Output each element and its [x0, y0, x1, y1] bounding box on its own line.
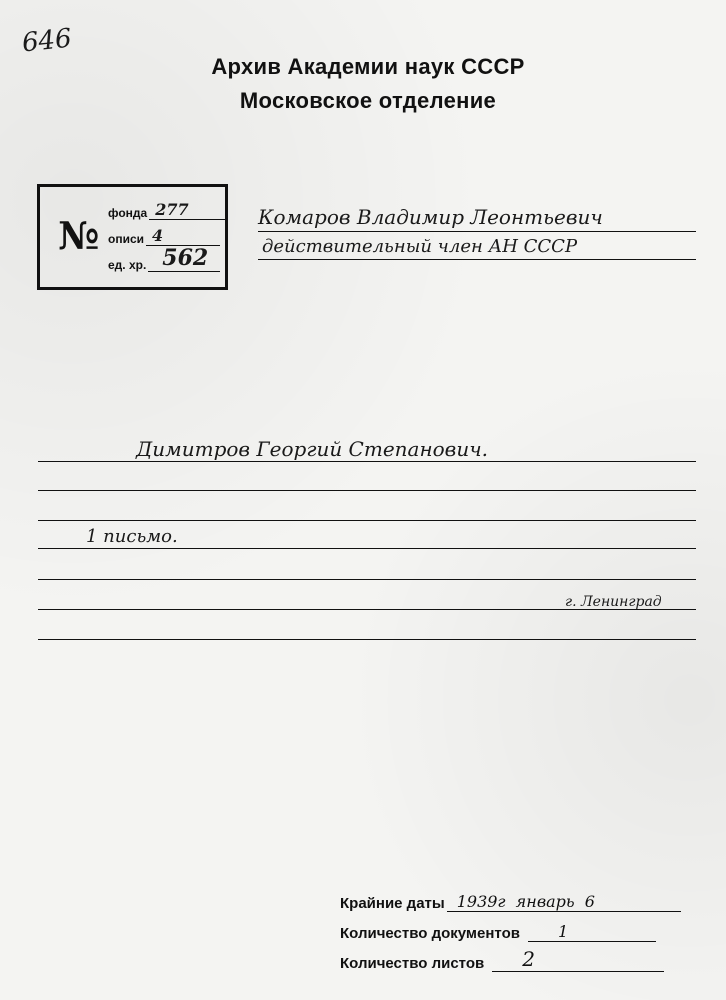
fonda-row: фонда 277 [108, 201, 227, 220]
fonda-value: 277 [155, 200, 188, 219]
document-place: г. Ленинград [565, 594, 662, 610]
fund-owner-title: действительный член АН СССР [262, 236, 577, 257]
dates-value: 1939г январь 6 [457, 892, 595, 911]
document-contents: 1 письмо. [86, 526, 178, 547]
ed-khr-field: 562 [148, 253, 220, 272]
opisi-field: 4 [146, 227, 220, 246]
sheets-count-field: 2 [492, 953, 664, 972]
documents-count-value: 1 [558, 922, 568, 941]
archive-title: Архив Академии наук СССР [0, 54, 726, 80]
catalog-stamp: № фонда 277 описи 4 ед. хр. 562 [37, 184, 228, 290]
ed-khr-row: ед. хр. 562 [108, 253, 220, 272]
ruled-line-7 [38, 639, 696, 640]
opisi-row: описи 4 [108, 227, 220, 246]
ruled-line-4 [38, 548, 696, 549]
ruled-line-6 [38, 609, 696, 610]
dates-label: Крайние даты [340, 895, 445, 912]
opisi-label: описи [108, 232, 144, 246]
sheets-count-label: Количество листов [340, 955, 484, 972]
ruled-line-2 [38, 490, 696, 491]
fund-owner-name: Комаров Владимир Леонтьевич [258, 205, 603, 229]
opisi-value: 4 [152, 226, 163, 245]
sheets-count-row: Количество листов 2 [340, 953, 664, 972]
documents-count-label: Количество документов [340, 925, 520, 942]
archive-department: Московское отделение [0, 88, 726, 114]
ruled-line-5 [38, 579, 696, 580]
fonda-field: 277 [149, 201, 227, 220]
fonda-label: фонда [108, 206, 147, 220]
dates-row: Крайние даты 1939г январь 6 [340, 893, 681, 912]
documents-count-row: Количество документов 1 [340, 923, 656, 942]
correspondent-name: Димитров Георгий Степанович. [136, 437, 488, 461]
ed-khr-label: ед. хр. [108, 258, 146, 272]
owner-line-2 [258, 259, 696, 260]
ed-khr-value: 562 [162, 245, 208, 271]
ruled-line-3 [38, 520, 696, 521]
sheets-count-value: 2 [522, 947, 535, 971]
owner-line-1 [258, 231, 696, 232]
dates-field: 1939г январь 6 [447, 893, 681, 912]
number-sign: № [58, 213, 99, 258]
documents-count-field: 1 [528, 923, 656, 942]
ruled-line-1 [38, 461, 696, 462]
